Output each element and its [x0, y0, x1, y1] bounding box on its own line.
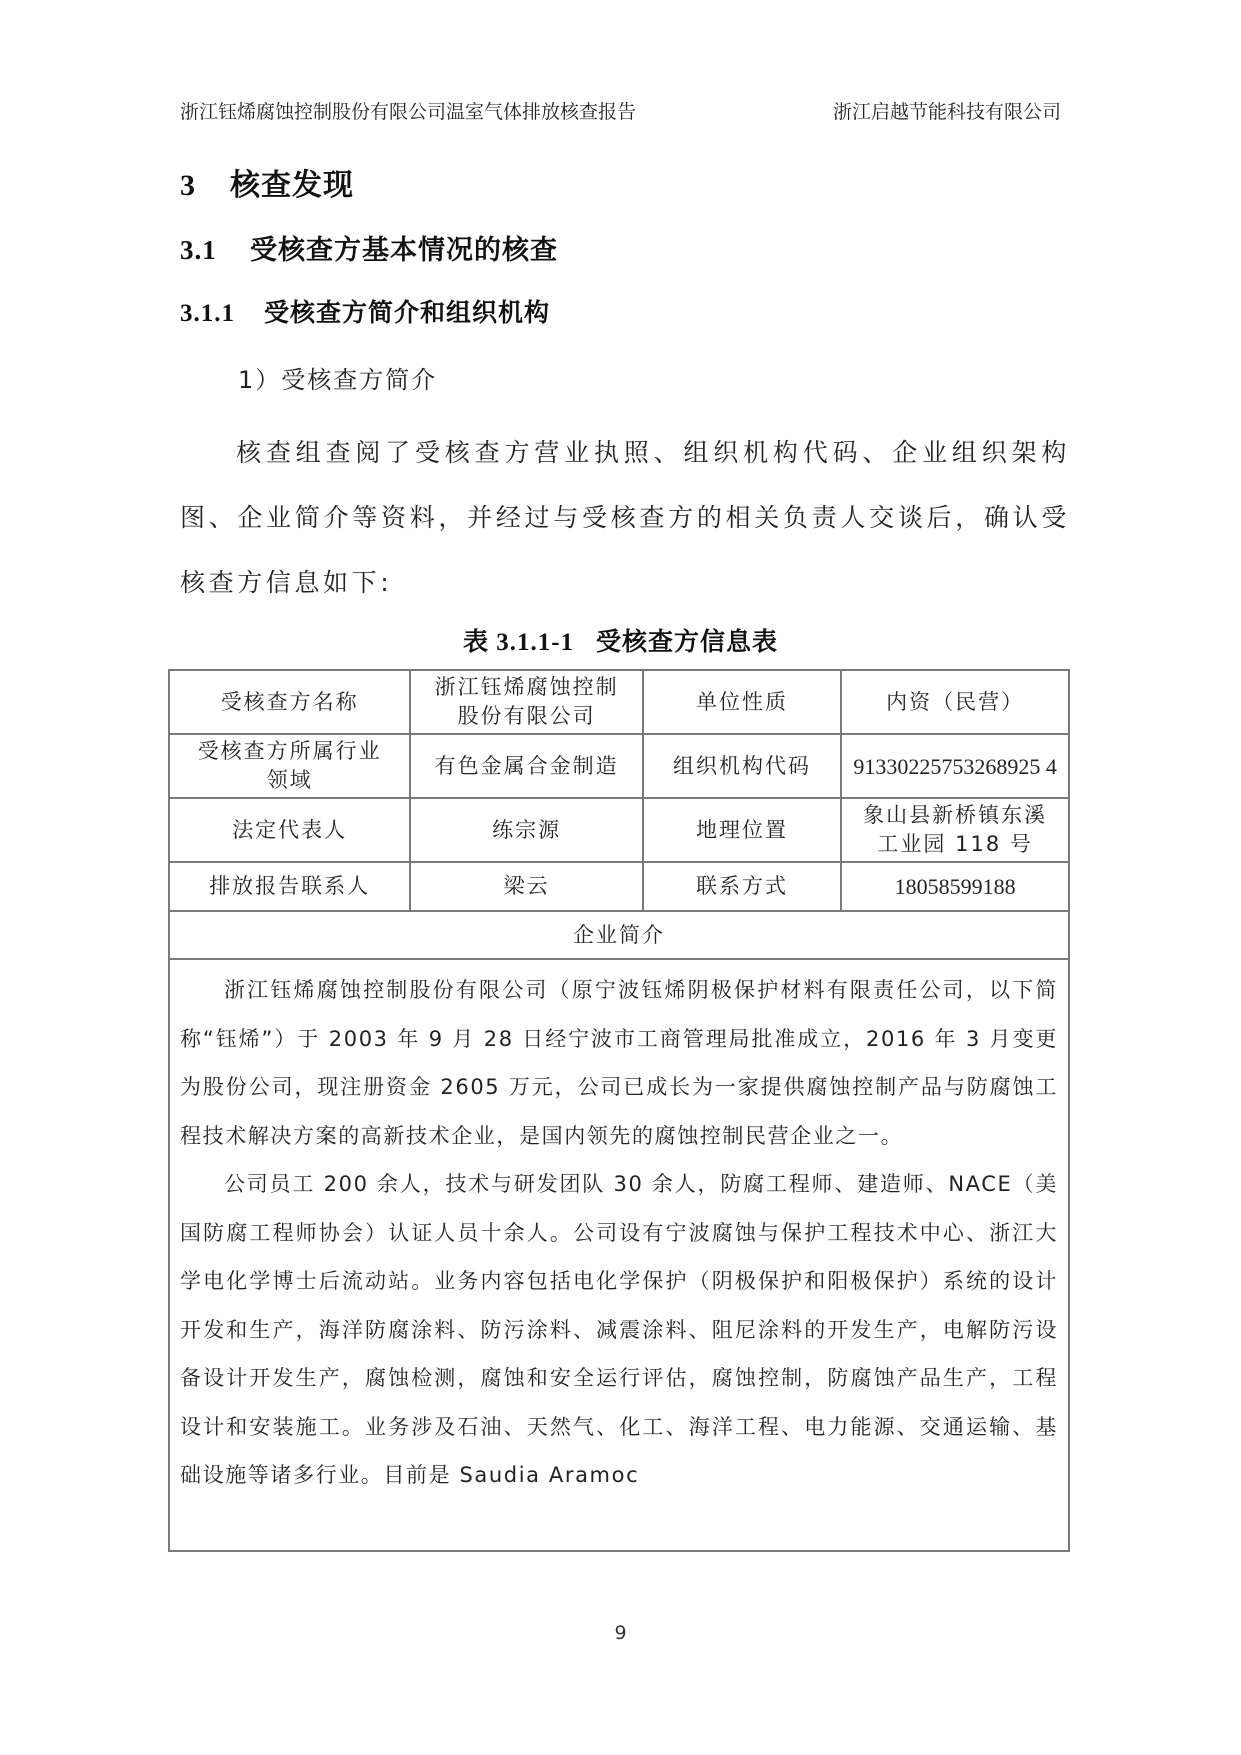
- table-caption-title: 受核查方信息表: [596, 627, 778, 656]
- section-number: 3.1.1: [180, 300, 264, 328]
- section-title: 受核查方简介和组织机构: [264, 298, 550, 327]
- table-caption-number: 表 3.1.1-1: [463, 629, 574, 656]
- section-heading-3: 3.1.1受核查方简介和组织机构: [180, 293, 550, 329]
- cell-label: 地理位置: [643, 798, 841, 862]
- section-number: 3.1: [180, 235, 250, 266]
- section-heading-1: 3核查发现: [180, 160, 354, 204]
- intro-header-cell: 企业简介: [169, 911, 1069, 959]
- section-title: 受核查方基本情况的核查: [250, 235, 558, 266]
- header-report-title: 浙江钰烯腐蚀控制股份有限公司温室气体排放核查报告: [180, 97, 636, 124]
- cell-value: 梁云: [410, 862, 642, 911]
- cell-label: 组织机构代码: [643, 734, 841, 798]
- cell-value: 象山县新桥镇东溪工业园 118 号: [841, 798, 1069, 862]
- cell-label: 受核查方名称: [169, 670, 410, 734]
- cell-value: 浙江钰烯腐蚀控制股份有限公司: [410, 670, 642, 734]
- subsection-label: 1）受核查方简介: [238, 360, 437, 395]
- table-caption: 表 3.1.1-1受核查方信息表: [0, 622, 1241, 658]
- cell-label: 单位性质: [643, 670, 841, 734]
- table-row: 受核查方名称 浙江钰烯腐蚀控制股份有限公司 单位性质 内资（民营）: [169, 670, 1069, 734]
- header-company-name: 浙江启越节能科技有限公司: [833, 97, 1061, 124]
- intro-content-cell: 浙江钰烯腐蚀控制股份有限公司（原宁波钰烯阴极保护材料有限责任公司，以下简称“钰烯…: [169, 959, 1069, 1551]
- cell-value: 练宗源: [410, 798, 642, 862]
- cell-value: 18058599188: [841, 862, 1069, 911]
- cell-value: 内资（民营）: [841, 670, 1069, 734]
- cell-label: 受核查方所属行业领域: [169, 734, 410, 798]
- cell-value: 有色金属合金制造: [410, 734, 642, 798]
- intro-paragraph: 公司员工 200 余人，技术与研发团队 30 余人，防腐工程师、建造师、NACE…: [180, 1160, 1058, 1500]
- page-header: 浙江钰烯腐蚀控制股份有限公司温室气体排放核查报告 浙江启越节能科技有限公司: [180, 97, 1061, 125]
- intro-paragraph: 浙江钰烯腐蚀控制股份有限公司（原宁波钰烯阴极保护材料有限责任公司，以下简称“钰烯…: [180, 966, 1058, 1160]
- section-heading-2: 3.1受核查方基本情况的核查: [180, 228, 558, 267]
- table-row: 受核查方所属行业领域 有色金属合金制造 组织机构代码 9133022575326…: [169, 734, 1069, 798]
- cell-label: 排放报告联系人: [169, 862, 410, 911]
- section-number: 3: [180, 169, 230, 203]
- section-title: 核查发现: [230, 168, 354, 203]
- body-paragraph: 核查组查阅了受核查方营业执照、组织机构代码、企业组织架构图、企业简介等资料，并经…: [180, 420, 1070, 615]
- cell-label: 联系方式: [643, 862, 841, 911]
- cell-value: 91330225753268925 4: [841, 734, 1069, 798]
- table-row: 法定代表人 练宗源 地理位置 象山县新桥镇东溪工业园 118 号: [169, 798, 1069, 862]
- cell-label: 法定代表人: [169, 798, 410, 862]
- page-number: 9: [0, 1622, 1241, 1644]
- table-row: 排放报告联系人 梁云 联系方式 18058599188: [169, 862, 1069, 911]
- auditee-info-table: 受核查方名称 浙江钰烯腐蚀控制股份有限公司 单位性质 内资（民营） 受核查方所属…: [168, 669, 1070, 1552]
- table-row: 企业简介: [169, 911, 1069, 959]
- table-row: 浙江钰烯腐蚀控制股份有限公司（原宁波钰烯阴极保护材料有限责任公司，以下简称“钰烯…: [169, 959, 1069, 1551]
